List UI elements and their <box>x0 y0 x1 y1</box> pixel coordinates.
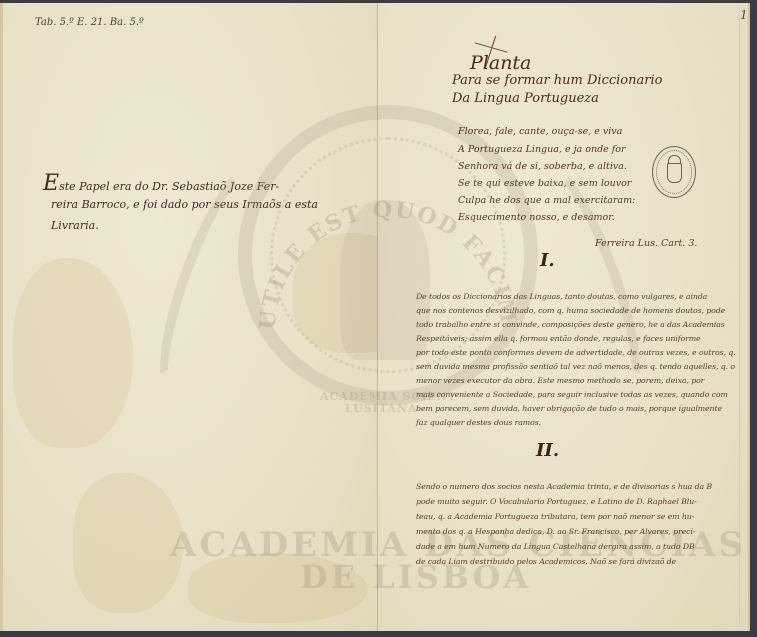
epigraph-line: Florea, fale, cante, ouça-se, e viva <box>458 126 622 137</box>
section-number: II. <box>536 440 559 461</box>
section-2-line: Sendo o numero dos socios nesta Academia… <box>416 482 712 491</box>
title-line-3: Da Lingua Portugueza <box>452 91 599 106</box>
epigraph-line: Esquecimento nosso, e desamor. <box>458 212 615 223</box>
epigraph-line: Se te qui esteve baixa, e sem louvor <box>458 178 631 189</box>
section-2-line: dade a em hum Numero da Lingua Castelhan… <box>416 542 695 551</box>
section-1-line: bem parecem, sem duvida, haver obrigação… <box>416 404 722 413</box>
section-1-line: menor vezes executor da obra. Este mesmo… <box>416 376 704 385</box>
document-viewer: Tab. 5.º E. 21. Ba. 5.º Este Papel era d… <box>0 0 757 637</box>
ownership-note-initial: E <box>43 171 59 196</box>
ownership-note-line-3: Livraria. <box>51 219 99 232</box>
section-1-line: sem duvida mesma profissão sentiaõ tal v… <box>416 362 735 371</box>
epigraph-line: Culpa he dos que a mal exercitaram: <box>458 195 635 206</box>
section-2-line: mento dos q. a Hespanha dedica, D. ao Sr… <box>416 527 695 536</box>
section-2-line: pode muito seguir. O Vocabulario Portugu… <box>416 497 697 506</box>
section-1-line: todo trabalho entre si convinde, composi… <box>416 320 725 329</box>
title-line-1: Planta <box>470 52 531 74</box>
section-1-line: faz qualquer destes dous ramos. <box>416 418 541 427</box>
folio-number: 1 <box>740 8 748 22</box>
section-1-line: que nos contenos desvizilhado, com q. hu… <box>416 306 725 315</box>
water-stain <box>73 473 183 613</box>
title-line-2: Para se formar hum Diccionario <box>452 73 662 88</box>
shelfmark: Tab. 5.º E. 21. Ba. 5.º <box>35 17 144 28</box>
ownership-note-line-2: reira Barroco, e foi dado por seus Irmaõ… <box>51 198 318 211</box>
epigraph-line: A Portugueza Lingua, e ja onde for <box>458 144 626 155</box>
section-number: I. <box>540 250 555 271</box>
epigraph-attribution: Ferreira Lus. Cart. 3. <box>595 238 697 249</box>
section-2-line: teau, q. a Academia Portugueza tributara… <box>416 512 694 521</box>
section-1-line: Respeitáveis; assim ella q. formou então… <box>416 334 701 343</box>
library-stamp-icon <box>652 146 696 198</box>
section-2-line: de cada Liam destribuido pelos Academico… <box>416 557 676 566</box>
section-1-line: De todos os Diccionarios das Linguas, ta… <box>416 292 707 301</box>
watermark-seal-inner-line-2: LUSITANA <box>345 402 418 415</box>
section-1-line: por todo este ponto conformes devem de a… <box>416 348 736 357</box>
epigraph-line: Senhora vá de si, soberba, e altiva. <box>458 161 627 172</box>
section-1-line: mais conveniente a Sociedade, para segui… <box>416 390 728 399</box>
water-stain <box>13 258 133 448</box>
